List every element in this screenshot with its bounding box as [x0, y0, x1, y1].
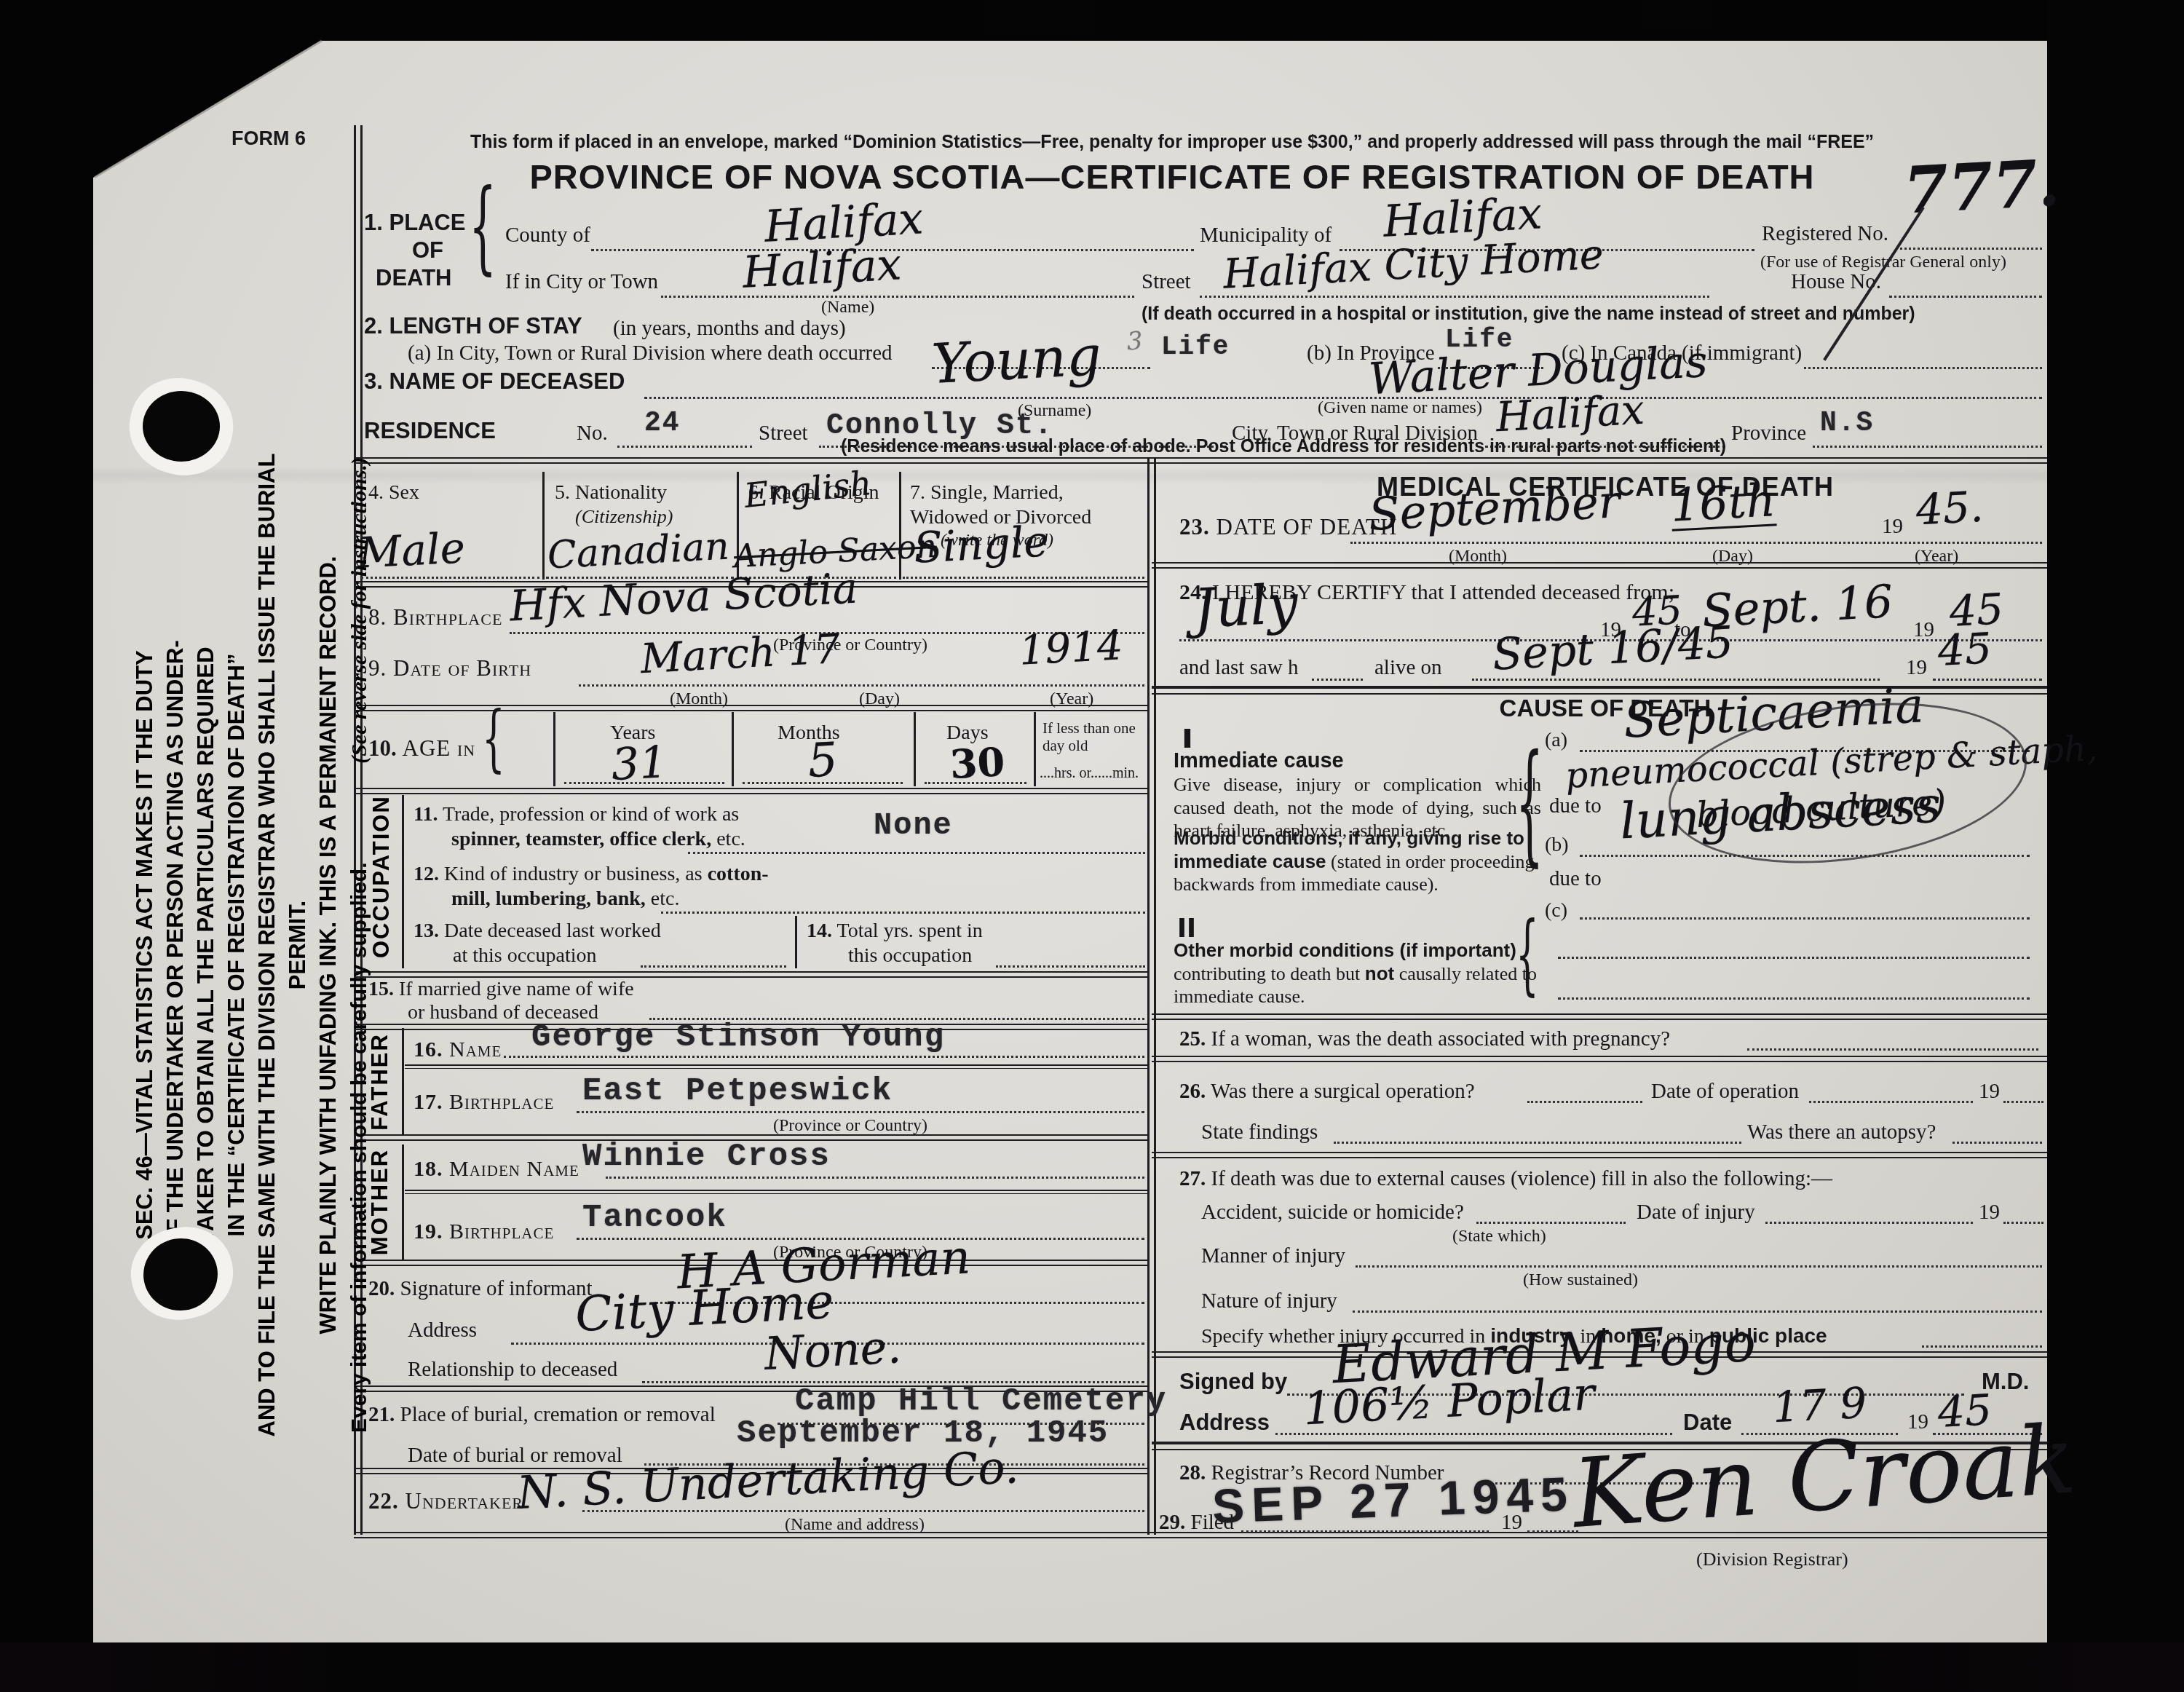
- autopsy-label: Was there an autopsy?: [1747, 1121, 1936, 1143]
- morbid-conditions-label: Morbid conditions, if any, giving rise t…: [1174, 827, 1548, 896]
- s17-title: Birthplace: [449, 1090, 554, 1114]
- cause-c-label: (c): [1545, 900, 1567, 921]
- s29-num: 29.: [1159, 1511, 1185, 1534]
- status-line: [903, 575, 1144, 579]
- s16-num: 16.: [414, 1037, 443, 1062]
- age-divider: [1034, 712, 1036, 786]
- last-saw-label-2: alive on: [1374, 657, 1442, 679]
- nat-title: Nationality: [575, 481, 667, 504]
- manner-injury-label: Manner of injury: [1201, 1245, 1345, 1267]
- death-date-line: [1350, 540, 2042, 544]
- age-divider: [914, 712, 916, 786]
- s26-line-3: [2003, 1099, 2043, 1103]
- occupation-bracket-line: [402, 795, 404, 968]
- age-hrs-label: hrs. or: [1054, 765, 1091, 781]
- age-divider: [732, 712, 734, 786]
- residence-province-line: [1813, 444, 2042, 448]
- date-injury-year-line: [2003, 1220, 2043, 1224]
- state-which-note: (State which): [1452, 1228, 1546, 1246]
- sidebar-supplied-note: Every item of information should be care…: [344, 863, 376, 1433]
- last-saw-year: 45: [1936, 626, 1993, 673]
- status-num: 7.: [910, 481, 925, 504]
- s12-label-1: 12. Kind of industry or business, as cot…: [414, 863, 769, 885]
- s12-text1: Kind of industry or business, as: [444, 863, 703, 885]
- cause-c-line: [1580, 916, 2030, 920]
- hline: [1152, 1152, 2047, 1158]
- s14-num: 14.: [807, 920, 832, 942]
- s11-etc: etc.: [716, 828, 745, 850]
- mother-birthplace-value: Tancook: [582, 1201, 727, 1235]
- s11-text1: Trade, profession or kind of work as: [443, 803, 739, 826]
- last-saw-value: Sept 16/45: [1492, 620, 1735, 678]
- last-saw-gap-line: [1312, 677, 1363, 681]
- informant-label: 20. Signature of informant: [368, 1278, 593, 1300]
- sex-label: 4. Sex: [368, 482, 419, 503]
- s9-title: Date of Birth: [393, 655, 531, 681]
- last-saw-year-line: [1933, 677, 2042, 681]
- birth-year-value: 1914: [1018, 625, 1124, 673]
- s12-label-2: mill, lumbering, bank, etc.: [451, 888, 679, 909]
- s11-value: None: [874, 810, 953, 842]
- s3-title: NAME OF DECEASED: [389, 368, 625, 394]
- s19-num: 19.: [414, 1219, 443, 1244]
- s3-num: 3.: [364, 368, 383, 394]
- age-min-label: min.: [1112, 765, 1139, 781]
- scan-edge-bottom: [0, 1642, 2184, 1692]
- house-no-line: [1889, 294, 2042, 298]
- s13-line: [641, 964, 786, 968]
- death-day-value: 16th: [1669, 476, 1776, 531]
- s13-label-1: 13. Date deceased last worked: [414, 920, 661, 941]
- state-findings-label: State findings: [1201, 1121, 1318, 1143]
- s2c-line: [1804, 365, 2042, 369]
- signed-by-label: Signed by: [1179, 1370, 1287, 1394]
- s14-text1: Total yrs. spent in: [837, 920, 983, 942]
- s1-word3: DEATH: [376, 266, 451, 290]
- s17-num: 17.: [414, 1090, 443, 1114]
- s17-label: 17. Birthplace: [414, 1091, 554, 1114]
- age-label: 10. AGE in: [368, 737, 475, 761]
- death-year-value: 45.: [1915, 485, 1984, 533]
- punch-hole: [143, 391, 220, 462]
- s16-label: 16. Name: [414, 1038, 502, 1062]
- s11-label-1: 11. Trade, profession or kind of work as: [414, 804, 739, 825]
- other-rest1: contributing to death but: [1174, 963, 1360, 984]
- residence-division-value: Halifax: [1495, 390, 1646, 440]
- registered-no-line: [1900, 246, 2042, 250]
- age-days-value: 30: [949, 741, 1006, 786]
- s11-bold: spinner, teamster, office clerk,: [451, 828, 711, 850]
- nationality-note: (Citizenship): [575, 507, 673, 526]
- s2a-mark: 3: [1126, 328, 1143, 355]
- s26-line-2: [1809, 1099, 1973, 1103]
- undertaker-note: (Name and address): [785, 1516, 925, 1534]
- given-name-note: (Given name or names): [1318, 399, 1482, 417]
- scan-black-tab: [984, 0, 1093, 33]
- residence-province-value: N.S: [1820, 409, 1874, 438]
- s3-label: 3. NAME OF DECEASED: [364, 370, 625, 394]
- due-to-label-1: due to: [1549, 795, 1602, 817]
- hline: [1152, 562, 2047, 569]
- age-months-line: [743, 780, 903, 784]
- s22-title: Undertaker: [405, 1488, 524, 1514]
- hline: [1152, 1013, 2047, 1020]
- s2-label: 2. LENGTH OF STAY: [364, 315, 582, 339]
- s16-title: Name: [449, 1037, 502, 1062]
- father-birthplace-value: East Petpeswick: [582, 1075, 893, 1108]
- other-bold1: Other morbid conditions (if important): [1174, 939, 1516, 961]
- autopsy-line: [1952, 1140, 2042, 1144]
- brace-glyph: {: [1516, 909, 1539, 1000]
- s15-text1: If married give name of wife: [399, 978, 634, 1000]
- burial-label: 21. Place of burial, cremation or remova…: [368, 1404, 716, 1426]
- state-findings-line: [1334, 1140, 1741, 1144]
- age-divider: [553, 712, 555, 786]
- nature-injury-label: Nature of injury: [1201, 1290, 1337, 1312]
- document-title: PROVINCE OF NOVA SCOTIA—CERTIFICATE OF R…: [408, 159, 1936, 194]
- s20-title: Signature of informant: [400, 1277, 593, 1300]
- form-number: FORM 6: [232, 128, 306, 149]
- death-month-value: September: [1368, 478, 1621, 538]
- other-morbid-line-1: [1558, 955, 2030, 959]
- s11-line: [688, 850, 1145, 854]
- date-injury-label: Date of injury: [1637, 1201, 1755, 1223]
- s16-line: [504, 1054, 1144, 1058]
- s22-num: 22.: [368, 1488, 399, 1514]
- s25-num: 25.: [1179, 1027, 1206, 1051]
- roman-numeral-two: II: [1177, 914, 1196, 942]
- accident-line: [1476, 1220, 1626, 1224]
- division-registrar-note: (Division Registrar): [1696, 1549, 1848, 1569]
- age-years-line: [564, 780, 724, 784]
- s13-label-2: at this occupation: [453, 945, 597, 966]
- brace-glyph: {: [482, 700, 505, 777]
- father-bracket-line: [402, 1028, 404, 1134]
- s27-title: If death was due to external causes (vio…: [1211, 1167, 1833, 1190]
- brace-glyph: {: [469, 175, 496, 281]
- manner-injury-line: [1356, 1264, 2042, 1268]
- s14-label-1: 14. Total yrs. spent in: [807, 920, 983, 941]
- other-morbid-line-2: [1558, 996, 2030, 1000]
- hline: [354, 788, 1147, 794]
- sidebar-line: WRITE PLAINLY WITH UNFADING INK. THIS IS…: [313, 435, 344, 1455]
- s26-label: 26. Was there a surgical operation?: [1179, 1080, 1475, 1102]
- birth-line: [579, 683, 1144, 687]
- s2a-value: Life: [1161, 333, 1230, 361]
- s12-bold1: cotton-: [708, 863, 769, 885]
- mother-maiden-name-value: Winnie Cross: [582, 1140, 831, 1174]
- city-label: If in City or Town: [505, 271, 658, 293]
- physician-address-label: Address: [1179, 1411, 1270, 1435]
- s29-line: [1241, 1529, 1489, 1533]
- registered-number-stamp: 777.: [1902, 149, 2062, 224]
- s11-num: 11.: [414, 803, 438, 826]
- s2-note: (in years, months and days): [613, 317, 846, 339]
- city-note: (Name): [821, 299, 874, 317]
- residence-label: RESIDENCE: [364, 419, 496, 443]
- printed-19: 19: [1979, 1201, 2000, 1223]
- birth-month-day-value: March 17: [640, 628, 842, 681]
- residence-province-label: Province: [1731, 422, 1806, 444]
- status-value: Single: [913, 519, 1051, 571]
- s26-num: 26.: [1179, 1080, 1206, 1103]
- s28-num: 28.: [1179, 1461, 1206, 1485]
- s14-line: [996, 964, 1145, 968]
- informant-address-label: Address: [408, 1319, 477, 1341]
- s11-label-2: spinner, teamster, office clerk, etc.: [451, 829, 745, 850]
- printed-19: 19: [1882, 515, 1903, 537]
- hospital-note: (If death occurred in a hospital or inst…: [1142, 304, 1915, 323]
- s14-label-2: this occupation: [848, 945, 972, 966]
- s26-line-1: [1527, 1099, 1642, 1103]
- date-of-birth-label: 9. Date of Birth: [368, 657, 531, 681]
- nature-injury-line: [1353, 1309, 2042, 1313]
- age-less-label: If less than one day old: [1042, 719, 1144, 754]
- hline: [1152, 1056, 2047, 1062]
- city-line: [661, 294, 1134, 298]
- hline: [354, 705, 1147, 711]
- s18-label: 18. Maiden Name: [414, 1158, 579, 1181]
- mother-bracket-line: [402, 1145, 404, 1260]
- residence-street-label: Street: [759, 422, 808, 444]
- sidebar-line: AND TO FILE THE SAME WITH THE DIVISION R…: [252, 435, 313, 1455]
- s12-num: 12.: [414, 863, 439, 885]
- other-morbid-label: Other morbid conditions (if important) c…: [1174, 939, 1552, 1008]
- scanned-death-certificate: { "glyph": { "brace": "{" }, "header": {…: [0, 0, 2184, 1692]
- sex-title: Sex: [389, 481, 419, 504]
- nat-num: 5.: [555, 481, 570, 504]
- nationality-label: 5. Nationality: [555, 482, 667, 503]
- physician-address-line: [1275, 1431, 1672, 1435]
- accident-label: Accident, suicide or homicide?: [1201, 1201, 1464, 1223]
- printed-19: 19: [1906, 657, 1927, 679]
- s1-num-label: 1. PLACE: [364, 211, 466, 235]
- county-label: County of: [505, 224, 590, 246]
- s13-num: 13.: [414, 920, 439, 942]
- s19-title: Birthplace: [449, 1219, 554, 1244]
- s2-num: 2.: [364, 313, 383, 339]
- s27-label: 27. If death was due to external causes …: [1179, 1168, 1832, 1190]
- s25-title: If a woman, was the death associated wit…: [1211, 1027, 1671, 1051]
- municipality-label: Municipality of: [1200, 224, 1332, 246]
- s21-title: Place of burial, cremation or removal: [400, 1403, 716, 1426]
- residence-no-value: 24: [644, 409, 681, 438]
- undertaker-label: 22. Undertaker: [368, 1490, 523, 1514]
- age-months-value: 5: [807, 736, 839, 786]
- printed-19: 19: [1501, 1511, 1522, 1533]
- age-days-line: [925, 780, 1026, 784]
- s2a-label: (a) In City, Town or Rural Division wher…: [408, 342, 893, 364]
- s2-title: LENGTH OF STAY: [389, 313, 582, 339]
- s12-etc: etc.: [651, 887, 680, 910]
- surname-value: Young: [930, 327, 1103, 393]
- last-saw-line: [1472, 677, 1880, 681]
- s29-year-line: [1527, 1529, 1578, 1533]
- rule: [405, 1190, 1147, 1194]
- s1-word2: OF: [412, 239, 443, 263]
- s25-label: 25. If a woman, was the death associated…: [1179, 1028, 1670, 1050]
- rule: [405, 1064, 1147, 1069]
- s17-line: [577, 1110, 1144, 1113]
- specify-line: [1922, 1344, 2042, 1348]
- father-birthplace-note: (Province or Country): [773, 1117, 927, 1135]
- s12-line: [661, 910, 1145, 914]
- burial-place-value: Camp Hill Cemetery: [795, 1385, 1167, 1418]
- hline: [354, 971, 1147, 978]
- immediate-cause-label: Immediate cause: [1174, 750, 1344, 772]
- s13-text1: Date deceased last worked: [444, 920, 661, 942]
- s8-title: Birthplace: [393, 604, 502, 630]
- date-of-death-label: 23. DATE OF DEATH: [1179, 515, 1397, 539]
- registered-no-label: Registered No.: [1762, 223, 1888, 245]
- sidebar-reverse-note: (See reverse side for instructions.): [344, 457, 376, 764]
- date-injury-line: [1765, 1220, 1973, 1224]
- age-hrs-min-line: ....hrs. or......min.: [1040, 766, 1139, 781]
- residence-no-line: [617, 444, 752, 448]
- cause-b-label: (b): [1545, 834, 1569, 855]
- hline: [354, 457, 2047, 464]
- s10-title: AGE in: [403, 735, 476, 761]
- s18-line: [606, 1175, 1144, 1179]
- informant-relationship-value: None.: [763, 1323, 902, 1377]
- s18-num: 18.: [414, 1157, 443, 1181]
- s12-bold2: mill, lumbering, bank,: [451, 887, 646, 910]
- mail-notice: This form if placed in an envelope, mark…: [408, 133, 1936, 151]
- status-title1: Single, Married,: [930, 481, 1064, 504]
- column-divider: [1147, 459, 1156, 1535]
- street-label: Street: [1142, 271, 1191, 293]
- residence-no-label: No.: [577, 422, 608, 444]
- city-value: Halifax: [742, 242, 903, 296]
- father-name-value: George Stinson Young: [531, 1021, 945, 1054]
- printed-19: 19: [1979, 1080, 2000, 1102]
- s1-num: 1.: [364, 210, 383, 235]
- due-to-label-2: due to: [1549, 868, 1602, 890]
- last-saw-label-1: and last saw h: [1179, 657, 1299, 679]
- status-label-1: 7. Single, Married,: [910, 482, 1064, 503]
- scan-black-tab: [1642, 0, 1712, 28]
- other-bold2: not: [1365, 962, 1394, 984]
- s25-line: [1747, 1047, 2038, 1051]
- s27-num: 27.: [1179, 1167, 1206, 1190]
- s15-label-1: 15. If married give name of wife: [368, 979, 634, 1000]
- residence-note: (Residence means usual place of abode. P…: [841, 437, 1726, 456]
- s26-title: Was there a surgical operation?: [1211, 1080, 1475, 1103]
- s18-title: Maiden Name: [449, 1157, 579, 1181]
- attended-from-value: July: [1192, 576, 1299, 638]
- s13-s14-divider: [795, 916, 797, 968]
- s23-num: 23.: [1179, 514, 1210, 539]
- grid-divider: [542, 472, 545, 580]
- birthplace-label: 8. Birthplace: [368, 606, 502, 630]
- how-sustained-note: (How sustained): [1523, 1271, 1638, 1289]
- nationality-value: Canadian: [547, 527, 730, 577]
- s1-word1: PLACE: [389, 210, 465, 235]
- cause-a-label: (a): [1545, 730, 1567, 751]
- undertaker-line: [582, 1509, 1144, 1512]
- informant-relationship-label: Relationship to deceased: [408, 1359, 617, 1380]
- s26-date-op-label: Date of operation: [1651, 1080, 1799, 1102]
- sidebar-line: IN THE “CERTIFICATE OF REGISTRATION OF D…: [221, 435, 252, 1455]
- sex-line: [361, 575, 539, 579]
- s19-label: 19. Birthplace: [414, 1220, 554, 1244]
